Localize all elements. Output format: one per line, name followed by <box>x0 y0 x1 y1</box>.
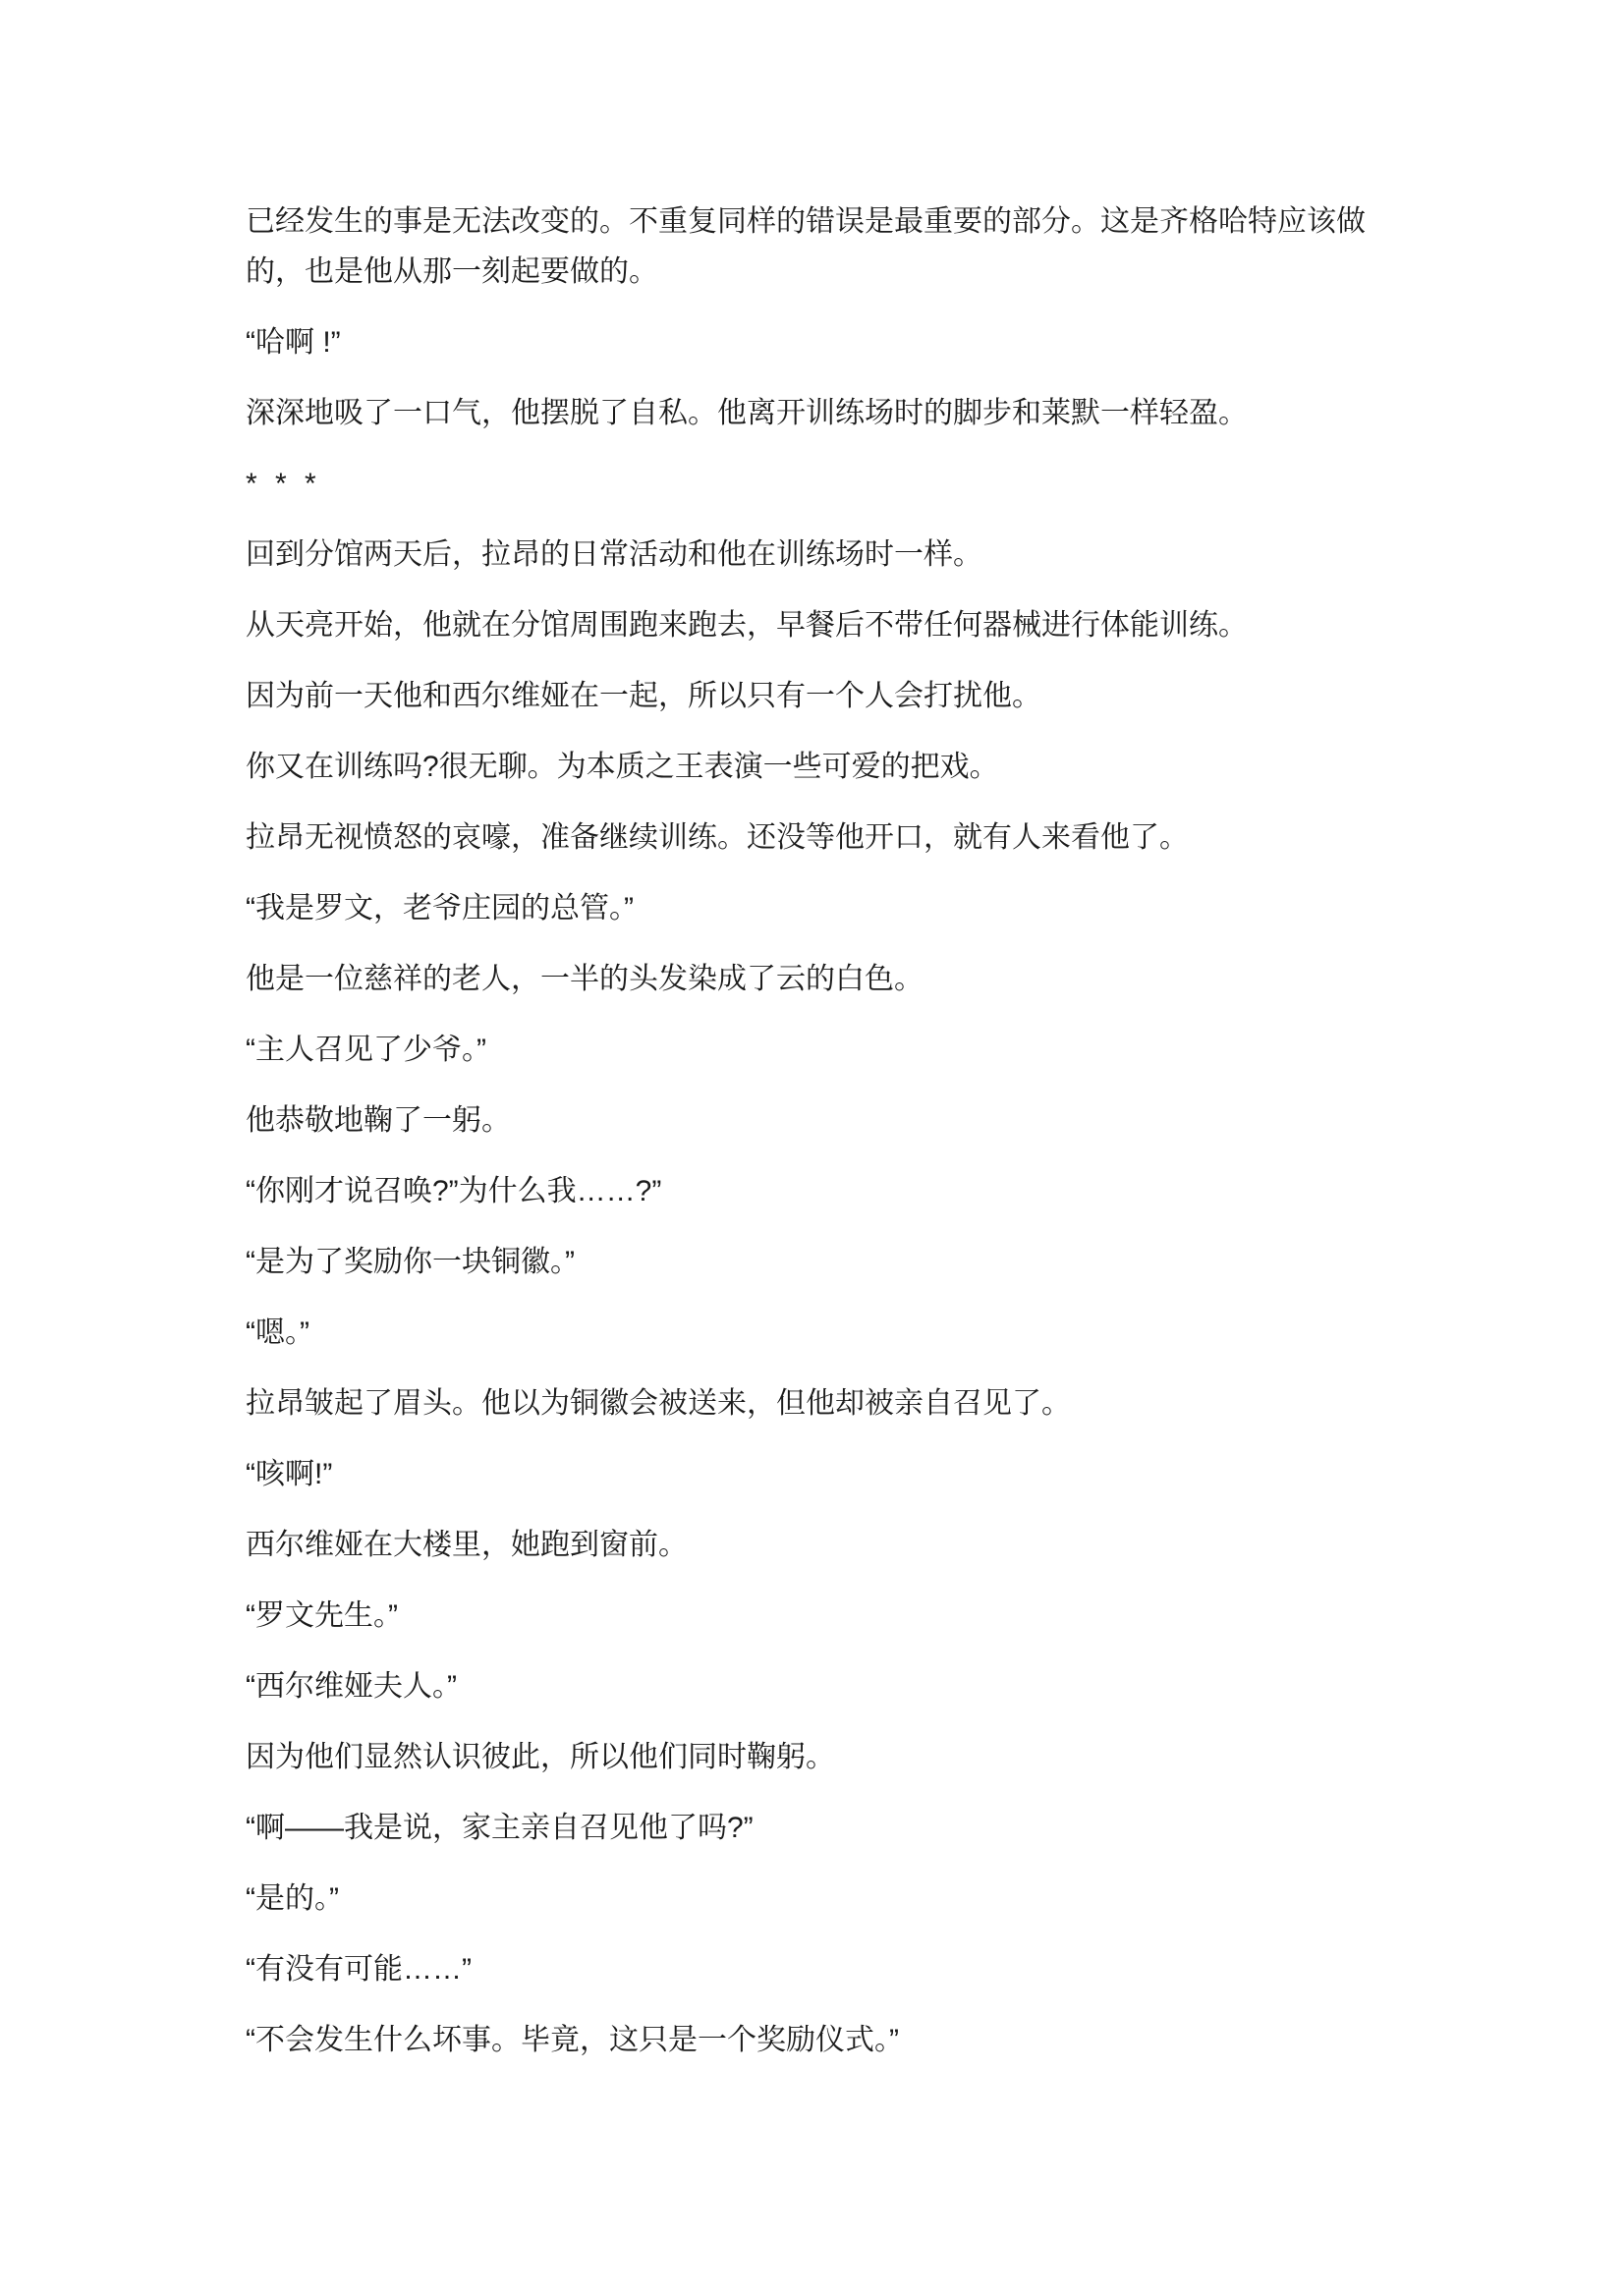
paragraph: 拉昂皱起了眉头。他以为铜徽会被送来，但他却被亲自召见了。 <box>246 1378 1375 1428</box>
paragraph: 深深地吸了一口气，他摆脱了自私。他离开训练场时的脚步和莱默一样轻盈。 <box>246 388 1375 438</box>
dialogue-paragraph: “嗯。” <box>246 1308 1375 1358</box>
paragraph: 拉昂无视愤怒的哀嚎，准备继续训练。还没等他开口，就有人来看他了。 <box>246 812 1375 863</box>
dialogue-paragraph: “我是罗文，老爷庄园的总管。” <box>246 883 1375 933</box>
dialogue-paragraph: “主人召见了少爷。” <box>246 1025 1375 1075</box>
dialogue-paragraph: “啊——我是说，家主亲自召见他了吗?” <box>246 1803 1375 1853</box>
document-page: 已经发生的事是无法改变的。不重复同样的错误是最重要的部分。这是齐格哈特应该做的，… <box>0 0 1624 2296</box>
dialogue-paragraph: “哈啊 !” <box>246 317 1375 367</box>
paragraph: 你又在训练吗?很无聊。为本质之王表演一些可爱的把戏。 <box>246 742 1375 792</box>
dialogue-paragraph: “有没有可能……” <box>246 1944 1375 1994</box>
dialogue-paragraph: “咳啊!” <box>246 1449 1375 1499</box>
paragraph: 因为前一天他和西尔维娅在一起，所以只有一个人会打扰他。 <box>246 671 1375 721</box>
paragraph: 已经发生的事是无法改变的。不重复同样的错误是最重要的部分。这是齐格哈特应该做的，… <box>246 196 1375 297</box>
paragraph: 他恭敬地鞠了一躬。 <box>246 1095 1375 1146</box>
dialogue-paragraph: “西尔维娅夫人。” <box>246 1661 1375 1711</box>
paragraph: 从天亮开始，他就在分馆周围跑来跑去，早餐后不带任何器械进行体能训练。 <box>246 600 1375 650</box>
dialogue-paragraph: “是的。” <box>246 1874 1375 1924</box>
paragraph: 回到分馆两天后，拉昂的日常活动和他在训练场时一样。 <box>246 530 1375 580</box>
paragraph: 西尔维娅在大楼里，她跑到窗前。 <box>246 1520 1375 1570</box>
dialogue-paragraph: “不会发生什么坏事。毕竟，这只是一个奖励仪式。” <box>246 2015 1375 2065</box>
dialogue-paragraph: “是为了奖励你一块铜徽。” <box>246 1237 1375 1287</box>
section-separator: * * * <box>246 459 1375 509</box>
dialogue-paragraph: “你刚才说召唤?”为什么我……?” <box>246 1166 1375 1216</box>
paragraph: 因为他们显然认识彼此，所以他们同时鞠躬。 <box>246 1732 1375 1782</box>
dialogue-paragraph: “罗文先生。” <box>246 1591 1375 1641</box>
paragraph: 他是一位慈祥的老人，一半的头发染成了云的白色。 <box>246 954 1375 1004</box>
